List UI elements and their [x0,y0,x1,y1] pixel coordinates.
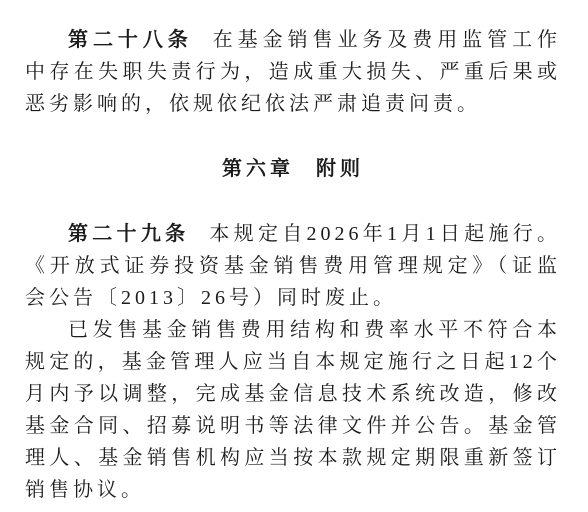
chapter-6-title: 附则 [316,158,364,180]
chapter-6-heading: 第六章附则 [25,153,561,185]
article-29-label: 第二十九条 [68,223,189,245]
article-29-paragraph: 第二十九条本规定自2026年1月1日起施行。《开放式证券投资基金销售费用管理规定… [25,218,561,314]
article-29-paragraph-2: 已发售基金销售费用结构和费率水平不符合本规定的，基金管理人应当自本规定施行之日起… [25,314,561,506]
article-28-label: 第二十八条 [68,29,193,51]
chapter-6-number: 第六章 [222,158,294,180]
article-28-paragraph: 第二十八条在基金销售业务及费用监管工作中存在失职失责行为，造成重大损失、严重后果… [25,24,561,120]
document-page: 第二十八条在基金销售业务及费用监管工作中存在失职失责行为，造成重大损失、严重后果… [0,0,588,512]
article-29-paragraph-2-text: 已发售基金销售费用结构和费率水平不符合本规定的，基金管理人应当自本规定施行之日起… [25,319,561,501]
